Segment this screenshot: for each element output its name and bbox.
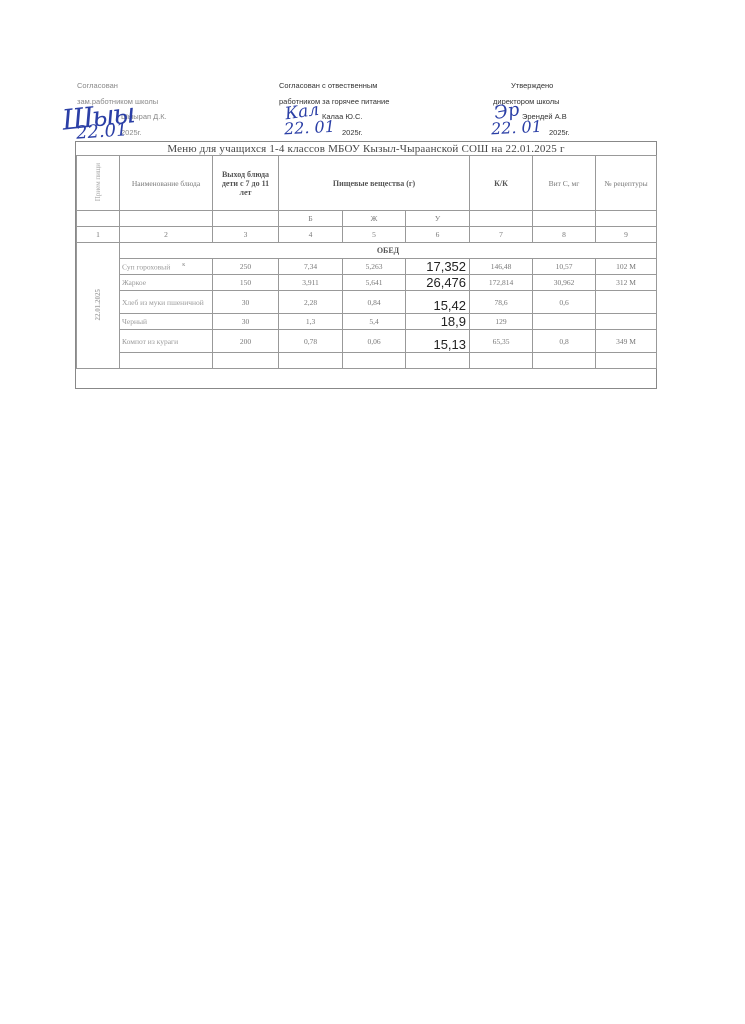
- recipe-value: [596, 314, 657, 330]
- protein-value: 2,28: [279, 291, 343, 314]
- column-number: 3: [213, 227, 279, 243]
- column-number: 7: [470, 227, 533, 243]
- vitc-value: 0,8: [533, 330, 596, 353]
- approval-line: Согласован: [77, 78, 167, 94]
- table-row-empty: [77, 353, 657, 369]
- approval-block-deputy: Согласован зам.работником школы Шыырап Д…: [77, 78, 167, 140]
- approval-line: Согласован с отвественным: [279, 78, 389, 94]
- carbs-value: 18,9: [406, 314, 470, 330]
- header-vitamin-c: Вит С, мг: [533, 156, 596, 211]
- column-number: 4: [279, 227, 343, 243]
- header-row: Прием пищи Наименование блюда Выход блюд…: [77, 156, 657, 211]
- carbs-value: 17,352: [406, 259, 470, 275]
- portion-value: 200: [213, 330, 279, 353]
- approval-year: 2025г.: [279, 125, 389, 141]
- subheader-carbs: У: [406, 211, 470, 227]
- carbs-value: 15,13: [406, 330, 470, 353]
- dish-name: Жаркое: [120, 275, 213, 291]
- protein-value: 1,3: [279, 314, 343, 330]
- vitc-value: 10,57: [533, 259, 596, 275]
- dish-name: Суп гороховыйк: [120, 259, 213, 275]
- nutrient-subheader-row: Б Ж У: [77, 211, 657, 227]
- table-row: Жаркое 150 3,911 5,641 26,476 172,814 30…: [77, 275, 657, 291]
- section-title: ОБЕД: [120, 243, 657, 259]
- fat-value: 5,4: [343, 314, 406, 330]
- header-recipe-no: № рецептуры: [596, 156, 657, 211]
- dish-name: Компот из кураги: [120, 330, 213, 353]
- column-number: 5: [343, 227, 406, 243]
- column-number: 2: [120, 227, 213, 243]
- menu-table: Прием пищи Наименование блюда Выход блюд…: [76, 155, 657, 369]
- meal-date-cell: 22.01.2025: [77, 243, 120, 369]
- portion-value: 30: [213, 291, 279, 314]
- protein-value: 7,34: [279, 259, 343, 275]
- portion-value: 30: [213, 314, 279, 330]
- approval-line: зам.работником школы: [77, 94, 167, 110]
- table-row: Суп гороховыйк 250 7,34 5,263 17,352 146…: [77, 259, 657, 275]
- column-number-row: 1 2 3 4 5 6 7 8 9: [77, 227, 657, 243]
- header-meal: Прием пищи: [77, 156, 120, 211]
- header-kcal: К/К: [470, 156, 533, 211]
- approval-line: Утверждено: [493, 78, 570, 94]
- section-row: 22.01.2025 ОБЕД: [77, 243, 657, 259]
- vitc-value: 30,962: [533, 275, 596, 291]
- table-row: Черный 30 1,3 5,4 18,9 129: [77, 314, 657, 330]
- table-row: Хлеб из муки пшеничной 30 2,28 0,84 15,4…: [77, 291, 657, 314]
- header-nutrients: Пищевые вещества (г): [279, 156, 470, 211]
- kcal-value: 78,6: [470, 291, 533, 314]
- recipe-value: [596, 291, 657, 314]
- approval-block-catering: Согласован с отвественным работником за …: [279, 78, 389, 140]
- protein-value: 0,78: [279, 330, 343, 353]
- dish-name: Черный: [120, 314, 213, 330]
- fat-value: 5,263: [343, 259, 406, 275]
- recipe-value: 102 М: [596, 259, 657, 275]
- recipe-value: 312 М: [596, 275, 657, 291]
- fat-value: 0,84: [343, 291, 406, 314]
- approval-signer: Эрендей А.В: [493, 109, 570, 125]
- menu-title: Меню для учащихся 1-4 классов МБОУ Кызыл…: [76, 143, 656, 155]
- approval-block-director: Утверждено директором школы Эрендей А.В …: [493, 78, 570, 140]
- subheader-protein: Б: [279, 211, 343, 227]
- kcal-value: 146,48: [470, 259, 533, 275]
- fat-value: 0,06: [343, 330, 406, 353]
- vitc-value: 0,6: [533, 291, 596, 314]
- portion-value: 250: [213, 259, 279, 275]
- approval-signer: Калаа Ю.С.: [279, 109, 389, 125]
- kcal-value: 172,814: [470, 275, 533, 291]
- approval-line: директором школы: [493, 94, 570, 110]
- column-number: 9: [596, 227, 657, 243]
- dish-name: Хлеб из муки пшеничной: [120, 291, 213, 314]
- approval-signer: Шыырап Д.К.: [77, 109, 167, 125]
- carbs-value: 15,42: [406, 291, 470, 314]
- table-row: Компот из кураги 200 0,78 0,06 15,13 65,…: [77, 330, 657, 353]
- kcal-value: 65,35: [470, 330, 533, 353]
- kcal-value: 129: [470, 314, 533, 330]
- carbs-value: 26,476: [406, 275, 470, 291]
- approval-year: 2025г.: [77, 125, 167, 141]
- recipe-value: 349 М: [596, 330, 657, 353]
- fat-value: 5,641: [343, 275, 406, 291]
- protein-value: 3,911: [279, 275, 343, 291]
- approval-line: работником за горячее питание: [279, 94, 389, 110]
- vitc-value: [533, 314, 596, 330]
- column-number: 6: [406, 227, 470, 243]
- column-number: 8: [533, 227, 596, 243]
- subheader-fat: Ж: [343, 211, 406, 227]
- header-dish-name: Наименование блюда: [120, 156, 213, 211]
- column-number: 1: [77, 227, 120, 243]
- header-portion: Выход блюда дети с 7 до 11 лет: [213, 156, 279, 211]
- portion-value: 150: [213, 275, 279, 291]
- approval-year: 2025г.: [493, 125, 570, 141]
